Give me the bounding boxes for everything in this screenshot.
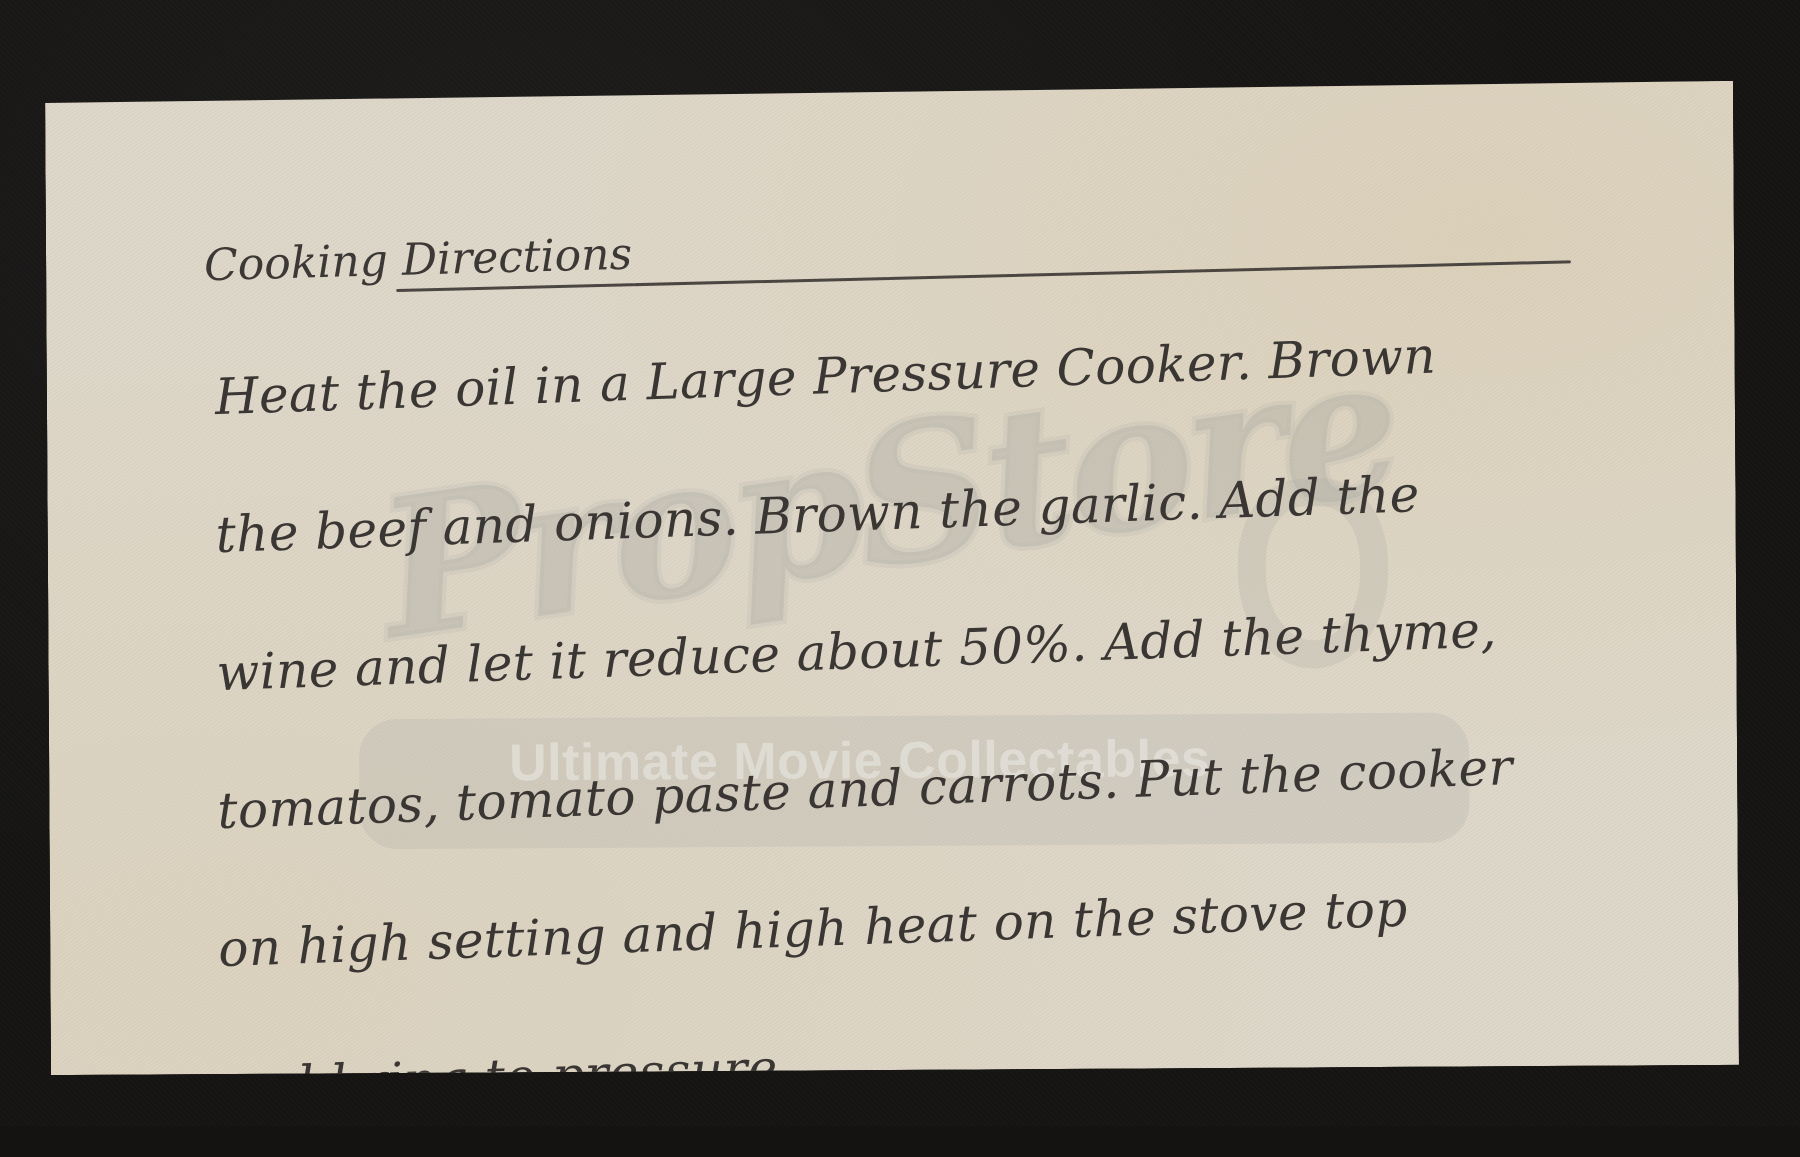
directions-text: Heat the oil in a Large Pressure Cooker.… [214, 320, 1609, 1126]
recipe-card: PropStore Ultimate Movie Collectables Co… [45, 81, 1739, 1075]
card-title: Cooking Directions [203, 229, 632, 292]
